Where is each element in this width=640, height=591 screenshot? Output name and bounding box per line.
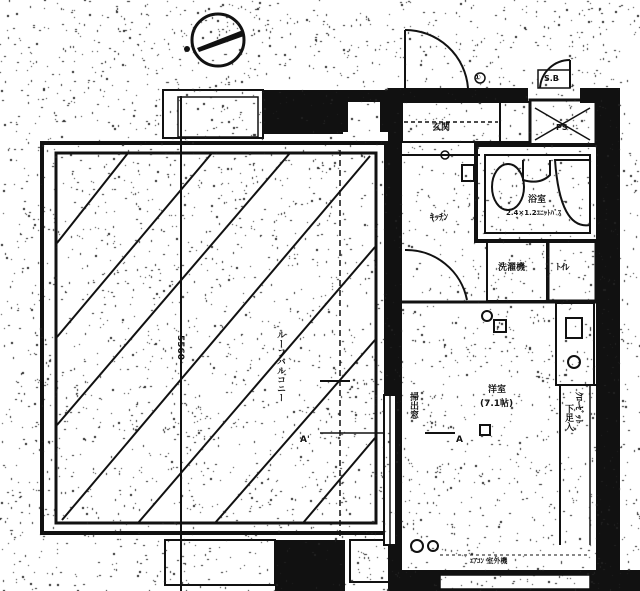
storage-label: 下足入 (563, 404, 572, 431)
balcony (42, 96, 386, 591)
genkan-label: 玄関 (432, 124, 450, 133)
marker-1: ① (474, 74, 481, 82)
bottom-note: ｴｱｺﾝ 室外機 (470, 558, 507, 565)
kitchen-label: ｷｯﾁﾝ (430, 214, 448, 223)
section-mark-a: A (456, 436, 463, 445)
floor-plan (0, 0, 640, 591)
bath-sub-label: 2.4×1.2ﾕﾆｯﾄﾊﾞｽ (506, 210, 561, 217)
toilet-label: ﾄｲﾚ (556, 264, 570, 273)
dimension-label: 5560 (175, 335, 184, 360)
bath-label: 浴室 (528, 196, 546, 205)
ps-label: PS (556, 124, 568, 132)
north-arrow-icon (184, 14, 244, 66)
shoes-box-label: S.B (544, 75, 559, 83)
western-room-label: 洋室 (488, 386, 506, 395)
entry-door (405, 30, 485, 88)
balcony-label: ルーフバルコニー (275, 330, 284, 402)
bath-room (476, 145, 598, 241)
section-mark-b: A' (300, 436, 310, 445)
western-room-area: (7.1帖) (480, 400, 513, 409)
window-label: 掃出窓 (408, 392, 417, 419)
laundry-label: 洗濯機 (498, 264, 525, 273)
closet-label: ｸﾛｰｾﾞｯﾄ (573, 392, 582, 424)
unit-walls (384, 88, 640, 591)
